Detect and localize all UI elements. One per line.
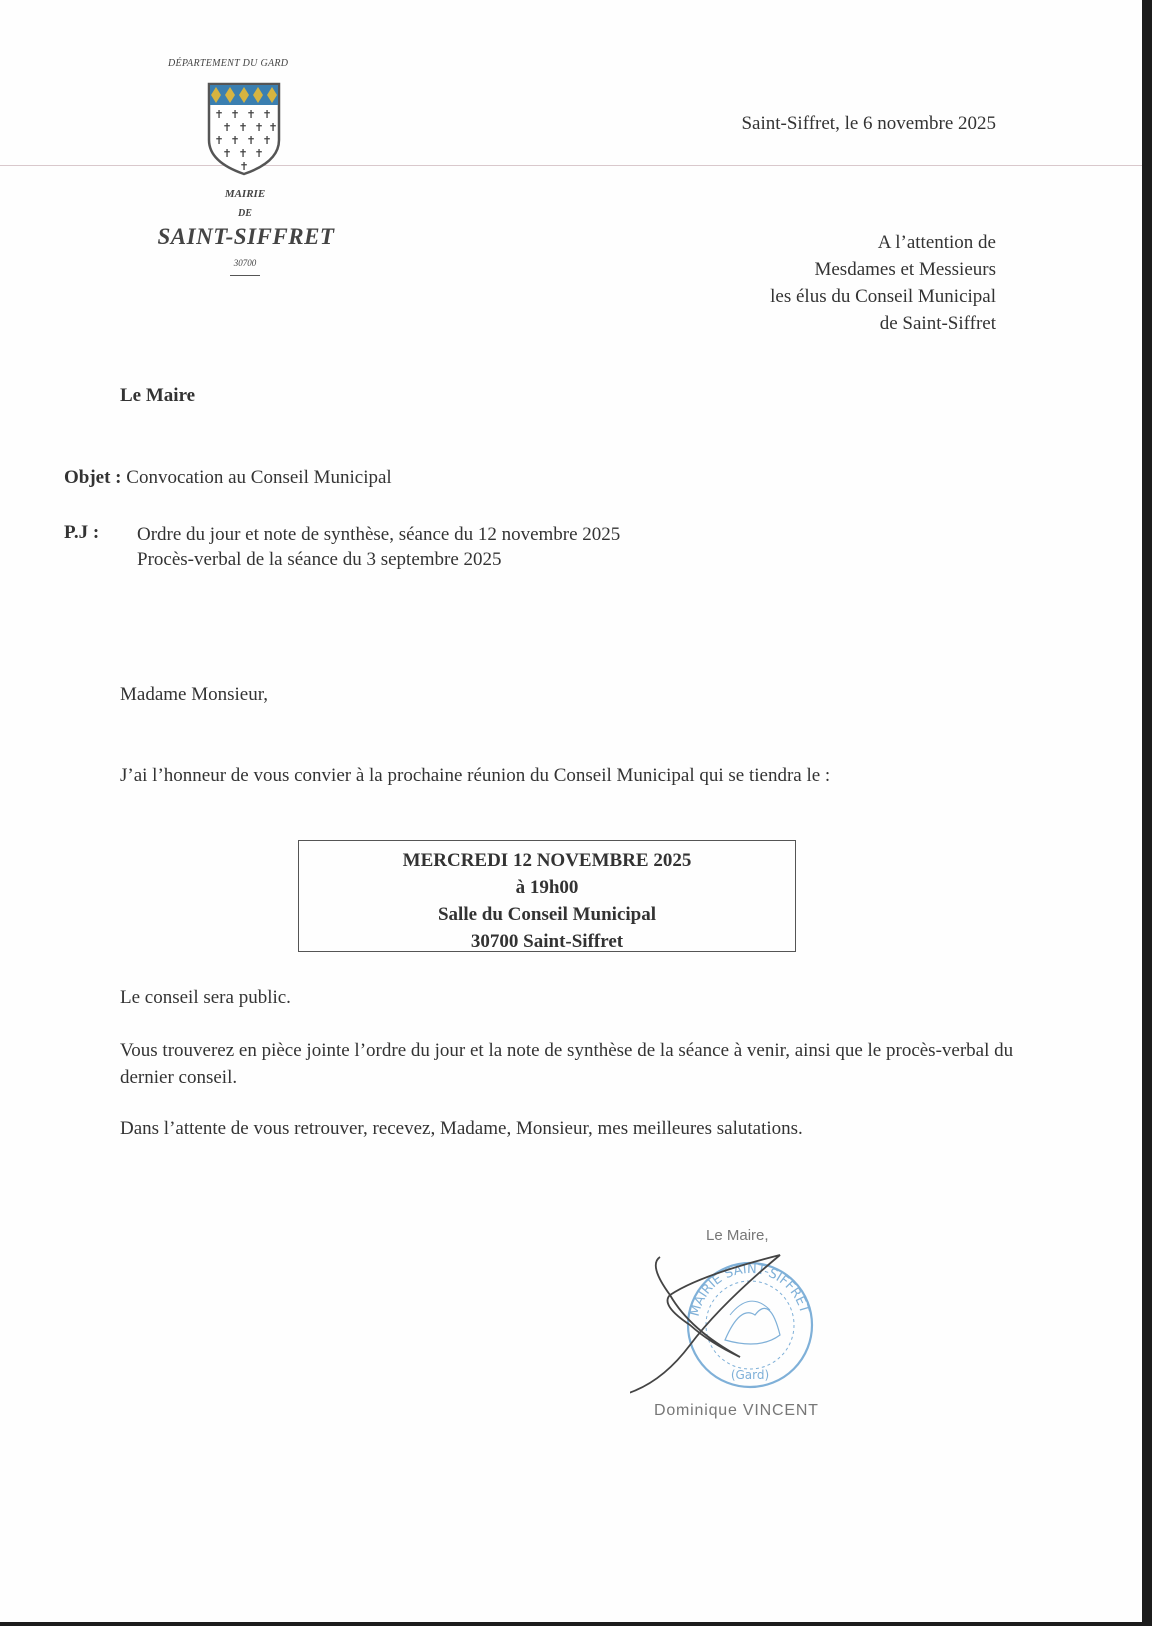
letter-page: DÉPARTEMENT DU GARD ✝✝✝✝ ✝✝✝✝ ✝✝✝✝ ✝✝✝ ✝… bbox=[0, 0, 1142, 1622]
svg-text:✝: ✝ bbox=[246, 134, 255, 147]
intro-paragraph: J’ai l’honneur de vous convier à la proc… bbox=[120, 765, 830, 787]
recipient-line: Mesdames et Messieurs bbox=[770, 256, 996, 283]
svg-text:✝: ✝ bbox=[230, 108, 239, 121]
town-name: SAINT-SIFFRET bbox=[138, 224, 354, 250]
public-note: Le conseil sera public. bbox=[120, 987, 291, 1009]
closing-paragraph: Dans l’attente de vous retrouver, receve… bbox=[120, 1118, 803, 1140]
svg-text:✝: ✝ bbox=[222, 147, 231, 160]
meeting-venue: Salle du Conseil Municipal bbox=[299, 901, 795, 928]
attachments-list: Ordre du jour et note de synthèse, séanc… bbox=[137, 522, 620, 572]
signature-title: Le Maire, bbox=[706, 1227, 769, 1244]
sender: Le Maire bbox=[120, 385, 195, 407]
recipient-line: A l’attention de bbox=[770, 229, 996, 256]
header-rule bbox=[0, 165, 1142, 166]
svg-text:✝: ✝ bbox=[254, 121, 263, 134]
recipient-line: de Saint-Siffret bbox=[770, 310, 996, 337]
attachments-note: Vous trouverez en pièce jointe l’ordre d… bbox=[120, 1037, 1020, 1091]
svg-text:✝: ✝ bbox=[222, 121, 231, 134]
svg-text:✝: ✝ bbox=[246, 108, 255, 121]
svg-text:✝: ✝ bbox=[214, 108, 223, 121]
recipient-line: les élus du Conseil Municipal bbox=[770, 283, 996, 310]
svg-text:✝: ✝ bbox=[262, 108, 271, 121]
attachment-item: Procès-verbal de la séance du 3 septembr… bbox=[137, 547, 620, 572]
svg-text:✝: ✝ bbox=[254, 147, 263, 160]
svg-text:(Gard): (Gard) bbox=[731, 1368, 769, 1382]
svg-text:✝: ✝ bbox=[262, 134, 271, 147]
salutation: Madame Monsieur, bbox=[120, 684, 268, 706]
recipient-block: A l’attention de Mesdames et Messieurs l… bbox=[770, 229, 996, 337]
coat-of-arms-icon: ✝✝✝✝ ✝✝✝✝ ✝✝✝✝ ✝✝✝ ✝ bbox=[205, 80, 283, 176]
postcode-underline bbox=[230, 275, 260, 276]
meeting-date: MERCREDI 12 NOVEMBRE 2025 bbox=[299, 847, 795, 874]
official-stamp-icon: MAIRIE SAINT-SIFFRET (Gard) bbox=[630, 1245, 830, 1405]
postcode: 30700 bbox=[200, 258, 290, 268]
attachments-label: P.J : bbox=[64, 522, 99, 544]
meeting-time: à 19h00 bbox=[299, 874, 795, 901]
svg-text:✝: ✝ bbox=[214, 134, 223, 147]
attachment-item: Ordre du jour et note de synthèse, séanc… bbox=[137, 522, 620, 547]
mairie-label: MAIRIE bbox=[200, 188, 290, 200]
meeting-address: 30700 Saint-Siffret bbox=[299, 928, 795, 955]
mayor-name: Dominique VINCENT bbox=[654, 1402, 819, 1420]
subject-label: Objet : bbox=[64, 467, 122, 488]
meeting-details-box: MERCREDI 12 NOVEMBRE 2025 à 19h00 Salle … bbox=[298, 840, 796, 952]
svg-text:✝: ✝ bbox=[268, 121, 277, 134]
svg-text:MAIRIE SAINT-SIFFRET: MAIRIE SAINT-SIFFRET bbox=[688, 1262, 812, 1318]
svg-text:✝: ✝ bbox=[238, 121, 247, 134]
de-label: DE bbox=[200, 208, 290, 219]
subject-text: Convocation au Conseil Municipal bbox=[126, 467, 391, 488]
date-line: Saint-Siffret, le 6 novembre 2025 bbox=[741, 113, 996, 135]
svg-text:✝: ✝ bbox=[238, 147, 247, 160]
svg-text:✝: ✝ bbox=[239, 160, 248, 173]
department-label: DÉPARTEMENT DU GARD bbox=[168, 58, 288, 69]
svg-text:✝: ✝ bbox=[230, 134, 239, 147]
subject-line: Objet : Convocation au Conseil Municipal bbox=[64, 467, 392, 489]
